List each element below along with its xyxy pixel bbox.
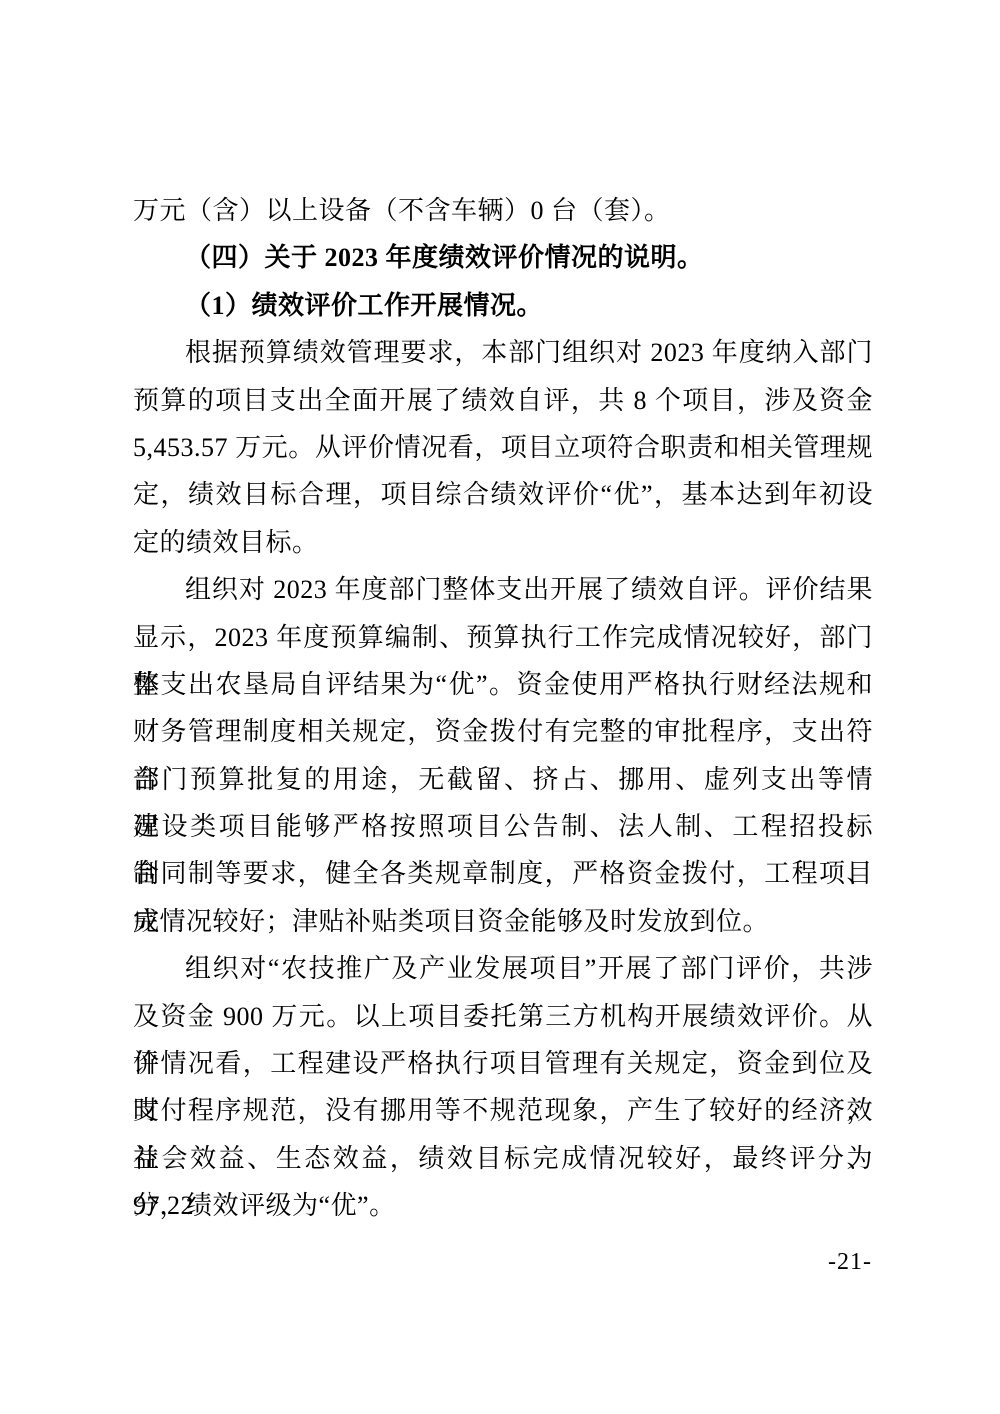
text-line: 组织对 2023 年度部门整体支出开展了绩效自评。评价结果	[133, 566, 873, 613]
text-line: 定，绩效目标合理，项目综合绩效评价“优”，基本达到年初设	[133, 471, 873, 518]
text-line: 定的绩效目标。	[133, 519, 873, 566]
text-line: 显示，2023 年度预算编制、预算执行工作完成情况较好，部门整	[133, 614, 873, 661]
text-line: 部门预算批复的用途，无截留、挤占、挪用、虚列支出等情况。	[133, 756, 873, 803]
text-line: 组织对“农技推广及产业发展项目”开展了部门评价，共涉	[133, 945, 873, 992]
text-line: 合同制等要求，健全各类规章制度，严格资金拨付，工程项目完	[133, 850, 873, 897]
section-heading: （四）关于 2023 年度绩效评价情况的说明。	[133, 234, 873, 281]
text-line: 万元（含）以上设备（不含车辆）0 台（套）。	[133, 187, 873, 234]
text-line: 支付程序规范，没有挪用等不规范现象，产生了较好的经济效益、	[133, 1087, 873, 1134]
text-line: 成情况较好；津贴补贴类项目资金能够及时发放到位。	[133, 898, 873, 945]
text-line: 财务管理制度相关规定，资金拨付有完整的审批程序，支出符合	[133, 708, 873, 755]
text-line: 分，绩效评级为“优”。	[133, 1182, 873, 1229]
text-line: 价情况看，工程建设严格执行项目管理有关规定，资金到位及时，	[133, 1040, 873, 1087]
text-line: 及资金 900 万元。以上项目委托第三方机构开展绩效评价。从评	[133, 993, 873, 1040]
text-line: 预算的项目支出全面开展了绩效自评，共 8 个项目，涉及资金	[133, 377, 873, 424]
page-number: -21-	[828, 1248, 872, 1276]
text-line: 5,453.57 万元。从评价情况看，项目立项符合职责和相关管理规	[133, 424, 873, 471]
text-line: 根据预算绩效管理要求，本部门组织对 2023 年度纳入部门	[133, 329, 873, 376]
text-line: 社会效益、生态效益，绩效目标完成情况较好，最终评分为 97.22	[133, 1135, 873, 1182]
document-body: 万元（含）以上设备（不含车辆）0 台（套）。（四）关于 2023 年度绩效评价情…	[133, 187, 873, 1230]
subsection-heading: （1）绩效评价工作开展情况。	[133, 282, 873, 329]
text-line: 建设类项目能够严格按照项目公告制、法人制、工程招投标制、	[133, 803, 873, 850]
document-page: 万元（含）以上设备（不含车辆）0 台（套）。（四）关于 2023 年度绩效评价情…	[0, 0, 1000, 1414]
text-line: 体支出农垦局自评结果为“优”。资金使用严格执行财经法规和	[133, 661, 873, 708]
